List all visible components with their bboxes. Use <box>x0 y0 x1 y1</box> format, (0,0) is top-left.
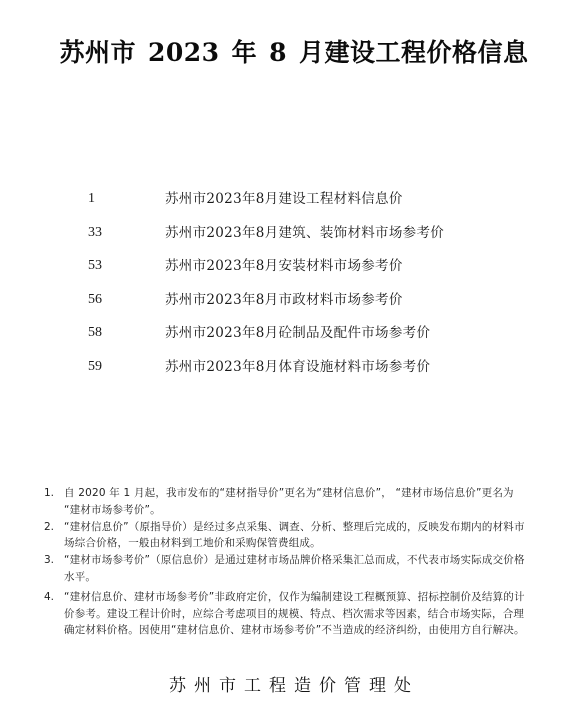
toc-item[interactable]: 58 苏州市2023年8月砼制品及配件市场参考价 <box>0 321 588 345</box>
note-line: “建材信息价、建材市场参考价”非政府定价，仅作为编制建设工程概预算、招标控制价及… <box>64 589 560 606</box>
toc-item-label: 苏州市2023年8月市政材料市场参考价 <box>165 290 403 310</box>
note-text: 自 2020 年 1 月起，我市发布的“建材指导价”更名为“建材信息价”， “建… <box>64 485 560 518</box>
note-text: “建材信息价”（原指导价）是经过多点采集、调查、分析、整理后完成的，反映发布期内… <box>64 519 560 552</box>
page-title: 苏州市2023年8月建设工程价格信息 <box>0 36 588 70</box>
toc-page-number: 56 <box>88 290 102 310</box>
title-year: 2023 <box>148 38 220 67</box>
toc-item[interactable]: 53 苏州市2023年8月安装材料市场参考价 <box>0 254 588 278</box>
note-line: 场综合价格，一般由材料到工地价和采购保管费组成。 <box>64 535 560 552</box>
note-line: 确定材料价格。因使用“建材信息价、建材市场参考价”不当造成的经济纠纷，由使用方自… <box>64 622 560 639</box>
title-city: 苏州市 <box>59 38 136 67</box>
toc-page-number: 53 <box>88 256 102 276</box>
note-line: “建材信息价”（原指导价）是经过多点采集、调查、分析、整理后完成的，反映发布期内… <box>64 519 560 536</box>
title-rest: 月建设工程价格信息 <box>299 38 529 67</box>
title-year-unit: 年 <box>232 38 258 67</box>
toc-item[interactable]: 59 苏州市2023年8月体育设施材料市场参考价 <box>0 355 588 379</box>
note-line: 价参考。建设工程计价时，应综合考虑项目的规模、特点、档次需求等因素，结合市场实际… <box>64 606 560 623</box>
toc-page-number: 33 <box>88 223 102 243</box>
note-text: “建材信息价、建材市场参考价”非政府定价，仅作为编制建设工程概预算、招标控制价及… <box>64 589 560 639</box>
note-text: “建材市场参考价”（原信息价）是通过建材市场品牌价格采集汇总而成，不代表市场实际… <box>64 552 560 585</box>
toc-item-label: 苏州市2023年8月安装材料市场参考价 <box>165 256 403 276</box>
toc-page-number: 58 <box>88 323 102 343</box>
note-number: 3. <box>44 552 54 569</box>
note-number: 1. <box>44 485 54 502</box>
note-number: 4. <box>44 589 54 606</box>
toc-item[interactable]: 1 苏州市2023年8月建设工程材料信息价 <box>0 187 588 211</box>
toc-item-label: 苏州市2023年8月建设工程材料信息价 <box>165 189 403 209</box>
issuing-authority: 苏州市工程造价管理处 <box>0 674 588 698</box>
toc-item-label: 苏州市2023年8月建筑、装饰材料市场参考价 <box>165 223 444 243</box>
toc-item[interactable]: 33 苏州市2023年8月建筑、装饰材料市场参考价 <box>0 221 588 245</box>
toc-item-label: 苏州市2023年8月体育设施材料市场参考价 <box>165 357 430 377</box>
title-month: 8 <box>269 38 287 67</box>
note-line: “建材市场参考价”（原信息价）是通过建材市场品牌价格采集汇总而成，不代表市场实际… <box>64 552 560 569</box>
toc-item-label: 苏州市2023年8月砼制品及配件市场参考价 <box>165 323 430 343</box>
toc-page-number: 59 <box>88 357 102 377</box>
note-number: 2. <box>44 519 54 536</box>
toc-item[interactable]: 56 苏州市2023年8月市政材料市场参考价 <box>0 288 588 312</box>
toc-page-number: 1 <box>88 189 95 209</box>
note-line: “建材市场参考价”。 <box>64 502 560 519</box>
note-line: 自 2020 年 1 月起，我市发布的“建材指导价”更名为“建材信息价”， “建… <box>64 485 560 502</box>
note-line: 水平。 <box>64 569 560 586</box>
